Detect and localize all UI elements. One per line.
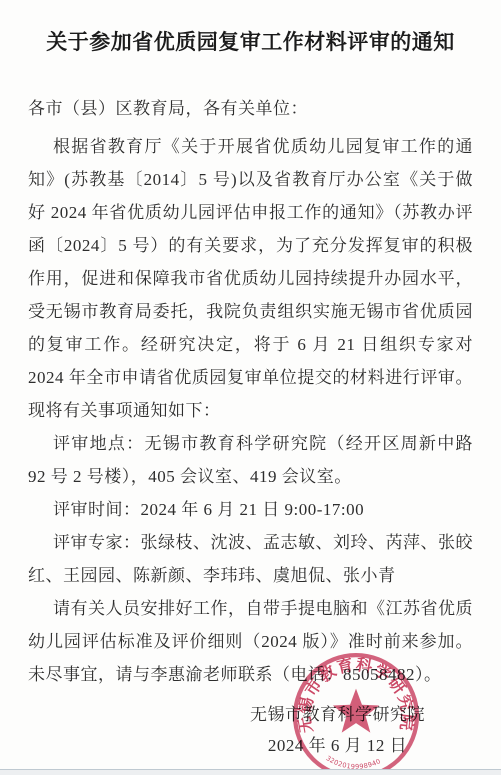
- salutation: 各市（县）区教育局，各有关单位：: [28, 92, 473, 125]
- paragraph-review-time: 评审时间：2024 年 6 月 21 日 9:00-17:00: [28, 493, 473, 526]
- paragraph-review-location: 评审地点：无锡市教育科学研究院（经开区周新中路 92 号 2 号楼），405 会…: [28, 427, 473, 493]
- paragraph-review-experts: 评审专家：张绿枝、沈波、孟志敏、刘玲、芮萍、张皎红、王园园、陈新颜、李玮玮、虞旭…: [28, 526, 473, 592]
- paragraph-background: 根据省教育厅《关于开展省优质幼儿园复审工作的通知》(苏教基〔2014〕5 号)以…: [28, 130, 473, 427]
- signature-org: 无锡市教育科学研究院: [250, 699, 425, 730]
- notice-document-page: 关于参加省优质园复审工作材料评审的通知 各市（县）区教育局，各有关单位： 根据省…: [0, 0, 501, 775]
- page-title: 关于参加省优质园复审工作材料评审的通知: [28, 27, 473, 57]
- page-bottom-edge: [0, 769, 501, 775]
- signature-block: 无锡市教育科学研究院 2024 年 6 月 12 日: [250, 699, 425, 761]
- paragraph-instructions: 请有关人员安排好工作，自带手提电脑和《江苏省优质幼儿园评估标准及评价细则（202…: [28, 592, 473, 691]
- signature-date: 2024 年 6 月 12 日: [250, 730, 425, 761]
